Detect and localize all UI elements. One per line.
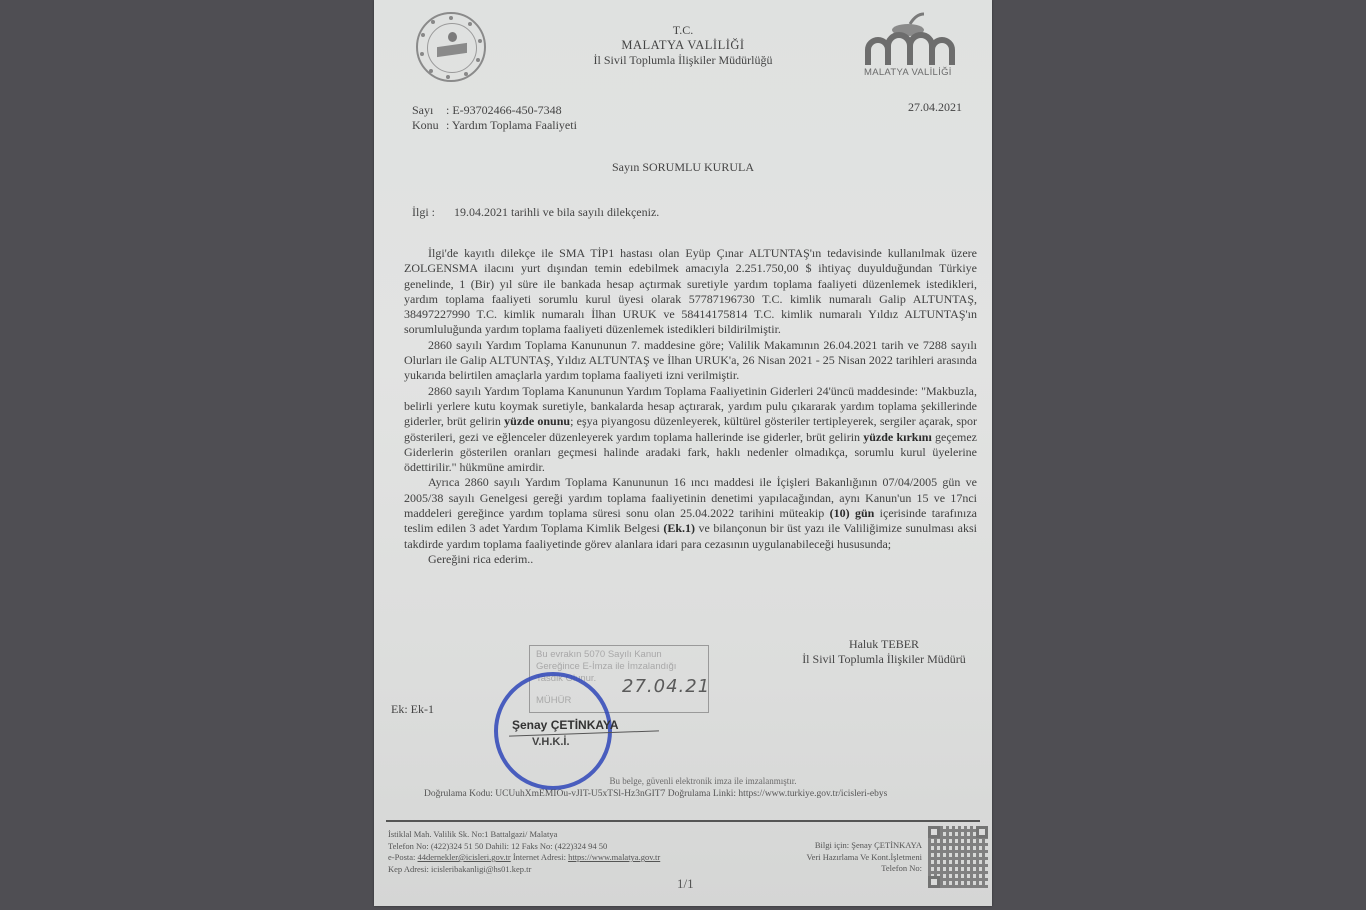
handwritten-date: 27.04.21 xyxy=(622,676,710,697)
email-link[interactable]: 44dernekler@icisleri.gov.tr xyxy=(418,852,511,862)
official-letter-page: T.C. MALATYA VALİLİĞİ İl Sivil Toplumla … xyxy=(374,0,992,906)
verification-line: Doğrulama Kodu: UCUuhXmEMIOu-vJIT-U5xTSl… xyxy=(424,789,887,799)
website-link[interactable]: https://www.malatya.gov.tr xyxy=(568,852,660,862)
addressee: Sayın SORUMLU KURULA xyxy=(374,160,992,175)
seal-name: Şenay ÇETİNKAYA xyxy=(512,718,619,732)
seal-title: V.H.K.İ. xyxy=(532,736,570,748)
signer-name: Haluk TEBER xyxy=(784,637,984,652)
footer-contact: İstiklal Mah. Valilik Sk. No:1 Battalgaz… xyxy=(388,829,660,875)
closing-line: Gereğini rica ederim.. xyxy=(404,552,977,567)
letter-body: İlgi'de kayıtlı dilekçe ile SMA TİP1 has… xyxy=(404,246,977,567)
footer-info: Bilgi için: Şenay ÇETİNKAYA Veri Hazırla… xyxy=(806,840,922,875)
e-signature-notice: Bu belge, güvenli elektronik imza ile im… xyxy=(374,776,992,786)
page-number: 1/1 xyxy=(677,876,694,892)
signer-block: Haluk TEBER İl Sivil Toplumla İlişkiler … xyxy=(784,637,984,667)
reference-line: İlgi :19.04.2021 tarihli ve bila sayılı … xyxy=(412,205,659,220)
footer-divider xyxy=(386,820,980,822)
paragraph-2: 2860 sayılı Yardım Toplama Kanununun 7. … xyxy=(404,338,977,384)
paragraph-1: İlgi'de kayıtlı dilekçe ile SMA TİP1 has… xyxy=(404,246,977,338)
paragraph-4: Ayrıca 2860 sayılı Yardım Toplama Kanunu… xyxy=(404,475,977,551)
letter-date: 27.04.2021 xyxy=(908,100,962,115)
attachment-note: Ek: Ek-1 xyxy=(391,702,434,717)
logo-label: MALATYA VALİLİĞİ xyxy=(864,67,952,78)
subject: Konu: Yardım Toplama Faaliyeti xyxy=(412,118,577,133)
malatya-valiligi-logo: MALATYA VALİLİĞİ xyxy=(862,10,962,80)
qr-code-icon xyxy=(928,826,988,888)
paragraph-3: 2860 sayılı Yardım Toplama Kanununun Yar… xyxy=(404,384,977,476)
reference-number: Sayı: E-93702466-450-7348 xyxy=(412,103,577,118)
letter-meta: Sayı: E-93702466-450-7348 Konu: Yardım T… xyxy=(412,103,577,133)
arches-logo-icon xyxy=(862,10,962,68)
signer-title: İl Sivil Toplumla İlişkiler Müdürü xyxy=(784,652,984,667)
